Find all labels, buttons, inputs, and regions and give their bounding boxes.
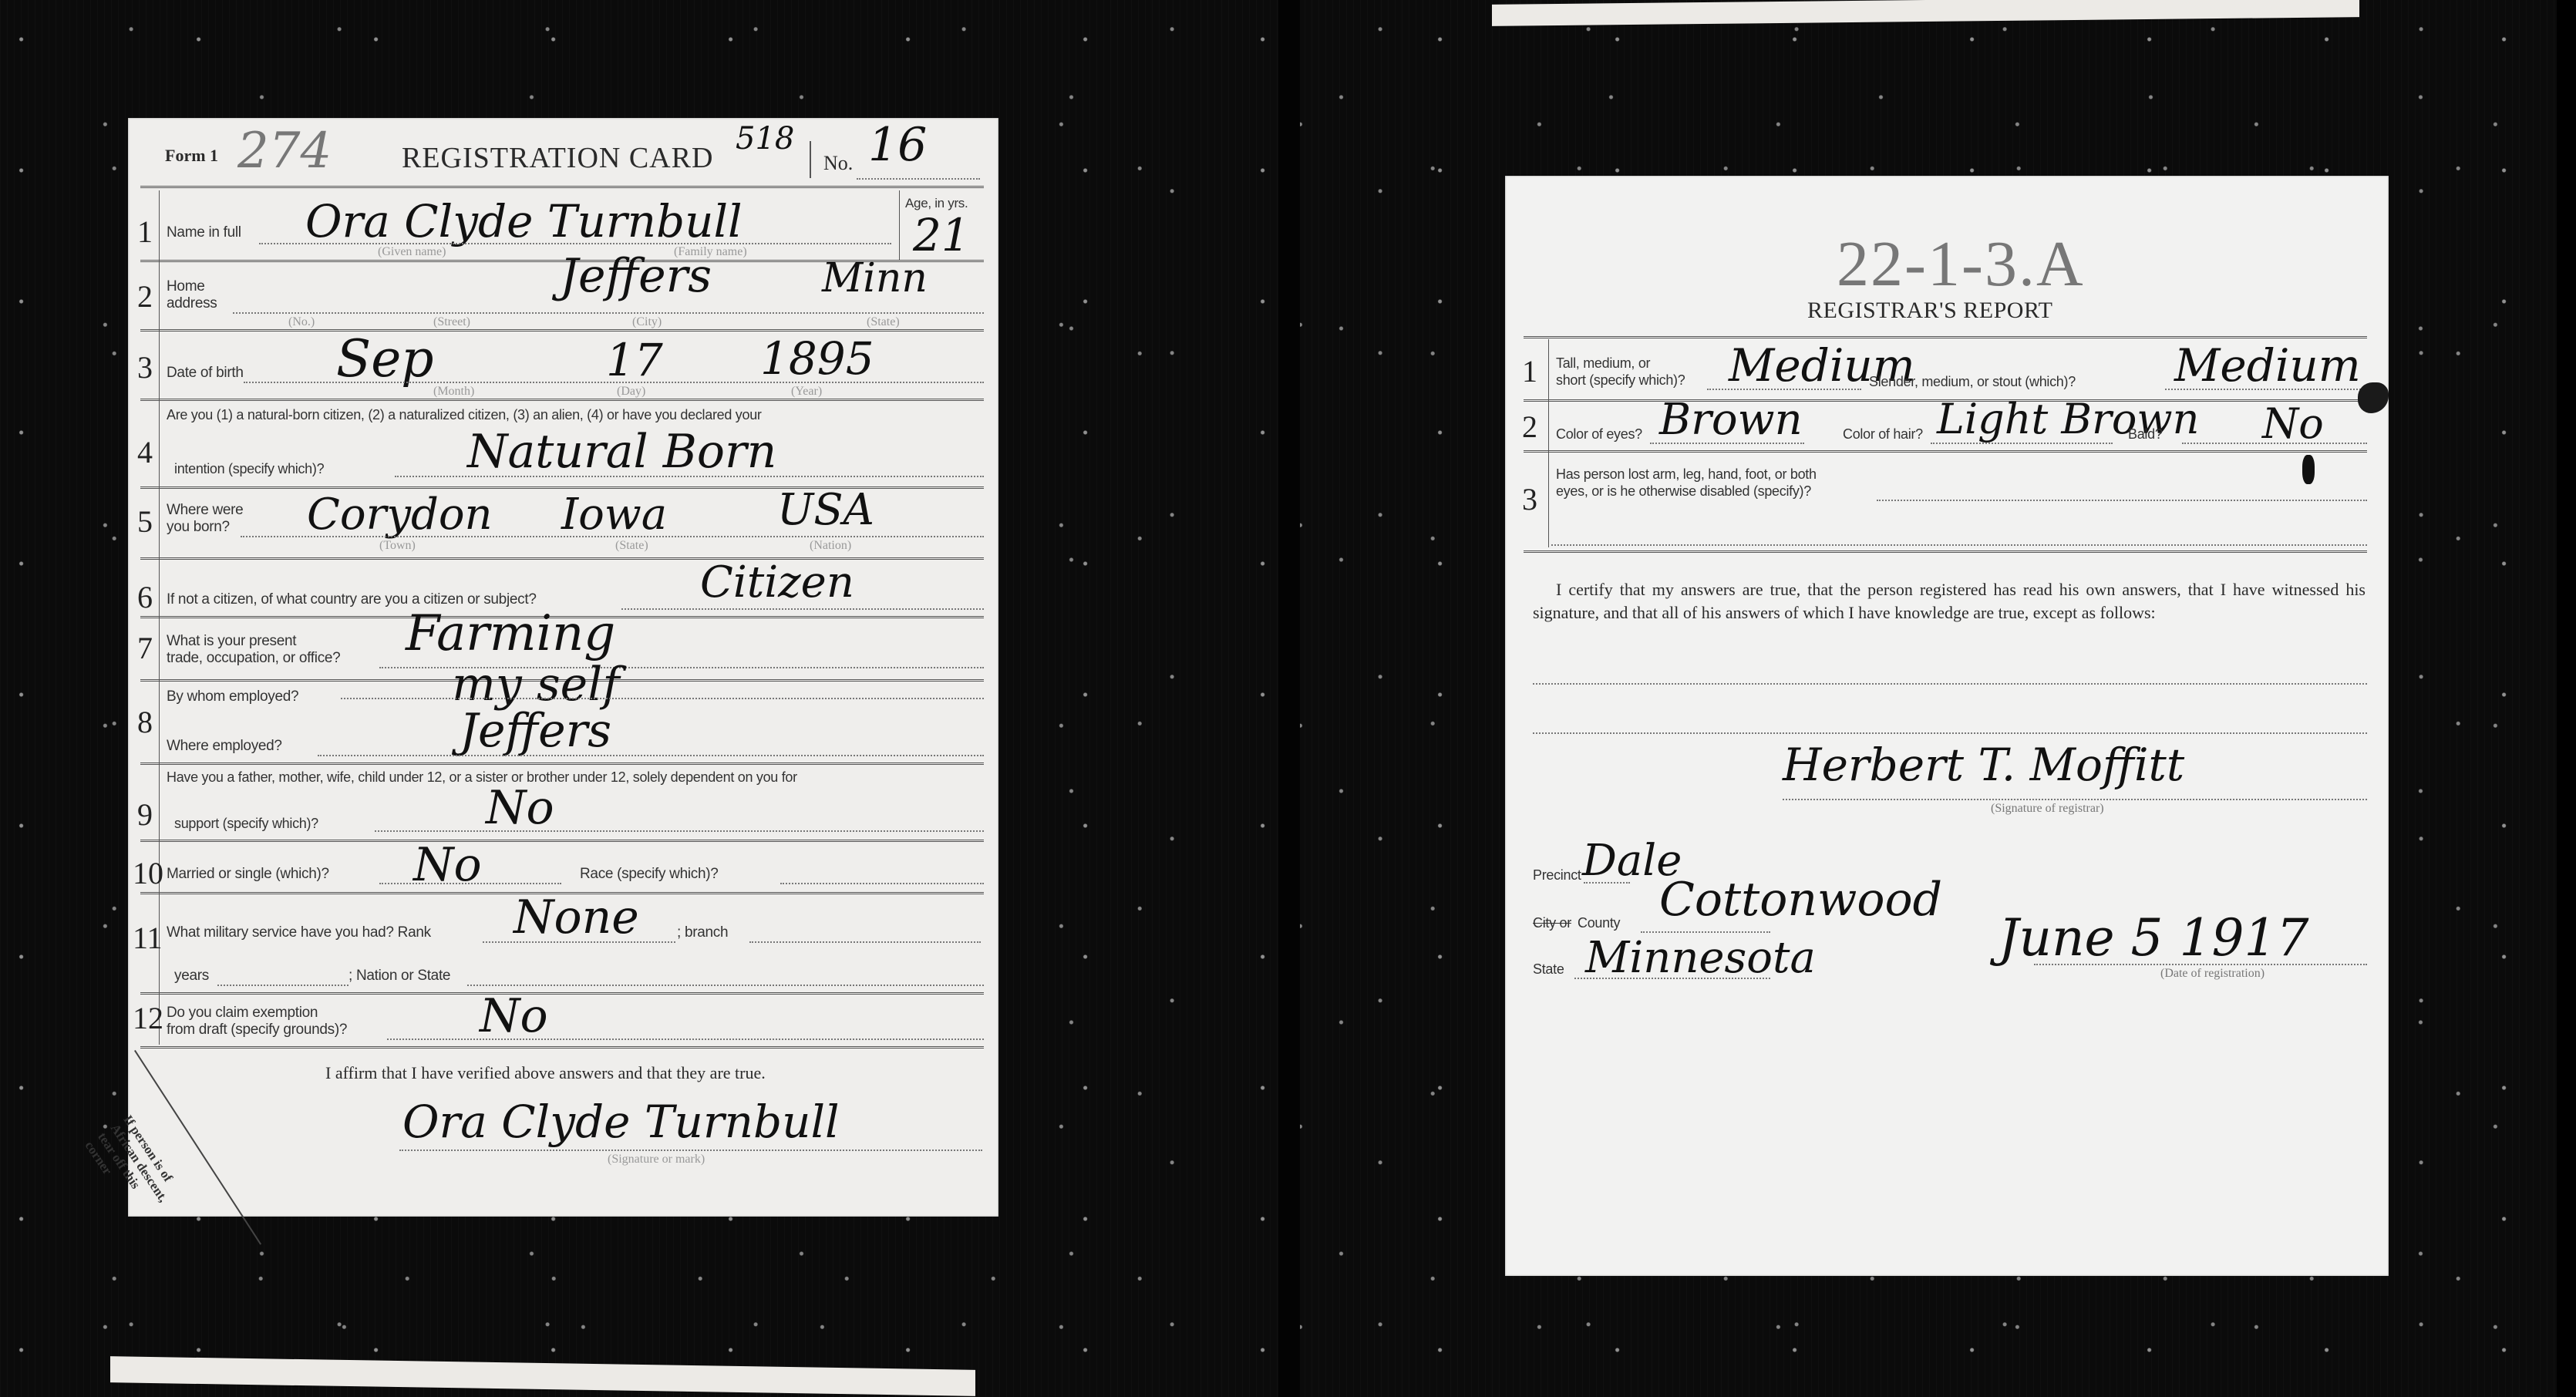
- home-address-label-2: address: [167, 295, 217, 312]
- military-rank-answer: None: [514, 890, 639, 944]
- row-number: 7: [137, 630, 153, 666]
- row-rule: [140, 557, 984, 560]
- serial-number-handwritten: 274: [237, 123, 332, 180]
- occupation-label-2: trade, occupation, or office?: [167, 650, 340, 667]
- birth-state-answer: Iowa: [561, 490, 667, 540]
- military-nation-label: ; Nation or State: [349, 968, 450, 985]
- disability-line: [1877, 500, 2367, 501]
- name-answer: Ora Clyde Turnbull: [305, 195, 742, 247]
- employment-place-answer: Jeffers: [460, 704, 611, 758]
- employment-place-line: [318, 755, 984, 756]
- no-underline: [857, 178, 980, 180]
- employer-line: [341, 698, 984, 699]
- row-rule: [140, 399, 984, 401]
- military-branch-line: [749, 941, 981, 943]
- row-number: 3: [137, 349, 153, 385]
- build-label: Slender, medium, or stout (which)?: [1869, 373, 2076, 390]
- military-rank-label: What military service have you had? Rank: [167, 924, 431, 941]
- header-divider: [810, 141, 811, 178]
- hair-color-line: [1931, 443, 2113, 444]
- address-line: [233, 312, 984, 314]
- address-street-caption: (Street): [433, 315, 470, 329]
- military-years-label: years: [174, 968, 209, 985]
- exceptions-line-2: [1533, 732, 2367, 734]
- nationality-answer: Citizen: [700, 557, 854, 608]
- row-number: 9: [137, 796, 153, 833]
- row-rule: [140, 762, 984, 765]
- exemption-label-2: from draft (specify grounds)?: [167, 1022, 347, 1038]
- card-title: REGISTRATION CARD: [402, 141, 713, 175]
- nationality-line: [621, 608, 984, 610]
- eye-color-label: Color of eyes?: [1556, 426, 1642, 443]
- row-number: 11: [133, 920, 163, 956]
- given-name-caption: (Given name): [378, 245, 446, 259]
- dob-label: Date of birth: [167, 365, 244, 382]
- military-branch-label: ; branch: [677, 924, 728, 941]
- dob-line: [244, 382, 984, 383]
- report-title: REGISTRAR'S REPORT: [1807, 298, 2053, 324]
- city-label-struck: City or: [1533, 914, 1571, 931]
- no-label: No.: [823, 152, 853, 175]
- disability-label: Has person lost arm, leg, hand, foot, or…: [1556, 466, 1817, 483]
- row-number: 5: [137, 503, 153, 540]
- ink-blot: [2358, 382, 2389, 413]
- dob-year-caption: (Year): [791, 385, 822, 399]
- disability-label-2: eyes, or is he otherwise disabled (speci…: [1556, 483, 1811, 500]
- adjacent-card-edge-bottom: [110, 1356, 975, 1396]
- state-label: State: [1533, 961, 1564, 978]
- film-divider: [1278, 0, 1300, 1397]
- order-number-handwritten: 518: [736, 121, 794, 157]
- number-column-rule: [1548, 339, 1549, 547]
- row-rule: [140, 1046, 984, 1049]
- card-number-handwritten: 16: [868, 118, 927, 172]
- header-rule: [140, 186, 984, 188]
- dob-year-answer: 1895: [760, 332, 874, 385]
- dependents-answer: No: [486, 781, 554, 835]
- eye-color-line: [1650, 443, 1804, 444]
- row-number: 1: [1522, 353, 1537, 389]
- precinct-line: [1584, 882, 1630, 884]
- height-label-2: short (specify which)?: [1556, 372, 1685, 389]
- row-number: 2: [137, 278, 153, 315]
- birth-nation-answer: USA: [777, 485, 874, 535]
- registration-date-caption: (Date of registration): [2160, 967, 2265, 981]
- registration-date-line: [2034, 964, 2367, 965]
- affirmation-text: I affirm that I have verified above answ…: [325, 1063, 766, 1083]
- home-state-answer: Minn: [822, 255, 928, 301]
- address-state-caption: (State): [867, 315, 900, 329]
- registrar-signature-line: [1783, 799, 2367, 800]
- row-rule: [140, 992, 984, 995]
- exceptions-line-1: [1533, 683, 2367, 685]
- name-line: [259, 243, 891, 244]
- address-city-caption: (City): [632, 315, 662, 329]
- signature-line: [399, 1150, 982, 1151]
- marital-status-label: Married or single (which)?: [167, 866, 329, 883]
- form-label: Form 1: [165, 146, 218, 166]
- citizenship-question-2: intention (specify which)?: [174, 460, 324, 477]
- row-number: 10: [133, 855, 163, 891]
- bald-line: [2182, 443, 2367, 444]
- tear-off-corner-note: If person is of African descent, tear of…: [82, 1113, 184, 1223]
- row-rule: [1524, 550, 2367, 553]
- military-years-line: [217, 985, 349, 986]
- registrars-report-card: 22-1-3.A REGISTRAR'S REPORT 1 Tall, medi…: [1505, 176, 2389, 1276]
- row-number: 4: [137, 434, 153, 470]
- military-nation-line: [467, 985, 984, 986]
- birth-town-answer: Corydon: [307, 490, 493, 540]
- birth-town-caption: (Town): [379, 539, 416, 553]
- stamp-code: 22-1-3.A: [1837, 227, 2085, 301]
- dob-month-caption: (Month): [433, 385, 474, 399]
- disability-line-2: [1551, 544, 2367, 546]
- row-number: 3: [1522, 481, 1537, 517]
- ink-blot: [2302, 455, 2315, 484]
- home-city-answer: Jeffers: [560, 249, 712, 303]
- bald-answer: No: [2262, 399, 2324, 448]
- exemption-line: [387, 1038, 984, 1040]
- row-number: 12: [133, 1000, 163, 1036]
- dob-day-caption: (Day): [617, 385, 645, 399]
- row-number: 2: [1522, 409, 1537, 445]
- dob-day-answer: 17: [606, 334, 663, 386]
- dependents-question-2: support (specify which)?: [174, 815, 318, 832]
- eye-color-answer: Brown: [1659, 395, 1803, 445]
- home-address-label: Home: [167, 278, 204, 295]
- film-edge: [2557, 0, 2576, 1397]
- registrant-signature: Ora Clyde Turnbull: [402, 1096, 840, 1148]
- dependents-question: Have you a father, mother, wife, child u…: [167, 769, 797, 786]
- registrar-signature: Herbert T. Moffitt: [1783, 739, 2184, 791]
- hair-color-label: Color of hair?: [1843, 426, 1923, 443]
- build-line: [2165, 389, 2367, 390]
- exemption-answer: No: [480, 989, 548, 1043]
- bald-label: Bald?: [2128, 426, 2163, 443]
- certification-text: I certify that my answers are true, that…: [1533, 578, 2366, 624]
- row-number: 1: [137, 214, 153, 250]
- height-label: Tall, medium, or: [1556, 355, 1650, 372]
- occupation-answer: Farming: [406, 605, 615, 662]
- adjacent-card-edge-top: [1492, 0, 2359, 26]
- state-line: [1574, 978, 1770, 979]
- row-rule: [140, 840, 984, 842]
- row-number: 6: [137, 579, 153, 615]
- signature-caption: (Signature or mark): [608, 1153, 705, 1166]
- citizenship-answer: Natural Born: [467, 425, 776, 479]
- marital-status-line: [379, 883, 561, 884]
- height-line: [1707, 389, 1861, 390]
- address-no-caption: (No.): [288, 315, 315, 329]
- row-rule: [1524, 450, 2367, 453]
- registrar-signature-caption: (Signature of registrar): [1991, 802, 2104, 816]
- precinct-label: Precinct: [1533, 867, 1581, 884]
- name-label: Name in full: [167, 224, 241, 241]
- race-line: [780, 883, 984, 884]
- age-answer: 21: [913, 209, 970, 261]
- race-label: Race (specify which)?: [580, 866, 719, 883]
- dependents-line: [375, 830, 984, 832]
- build-answer: Medium: [2174, 339, 2361, 392]
- citizenship-question: Are you (1) a natural-born citizen, (2) …: [167, 406, 762, 423]
- county-label: County: [1578, 914, 1620, 931]
- employment-place-label: Where employed?: [167, 738, 282, 755]
- dob-month-answer: Sep: [336, 329, 434, 389]
- county-answer: Cottonwood: [1659, 873, 1942, 927]
- state-answer: Minnesota: [1585, 933, 1816, 983]
- row-rule: [140, 329, 984, 332]
- military-rank-line: [483, 941, 675, 943]
- exemption-label: Do you claim exemption: [167, 1005, 318, 1022]
- row-number: 8: [137, 704, 153, 740]
- birthplace-line: [241, 536, 984, 537]
- employer-label: By whom employed?: [167, 688, 298, 705]
- age-divider: [899, 190, 900, 260]
- birthplace-label-2: you born?: [167, 519, 230, 536]
- occupation-label: What is your present: [167, 633, 296, 650]
- birth-nation-caption: (Nation): [810, 539, 851, 553]
- citizenship-line: [395, 476, 984, 477]
- birthplace-label: Where were: [167, 502, 243, 519]
- header-rule: [1524, 336, 2367, 338]
- registration-date-answer: June 5 1917: [1999, 908, 2308, 968]
- registration-card: Form 1 274 REGISTRATION CARD 518 No. 16 …: [128, 118, 998, 1217]
- birth-state-caption: (State): [615, 539, 648, 553]
